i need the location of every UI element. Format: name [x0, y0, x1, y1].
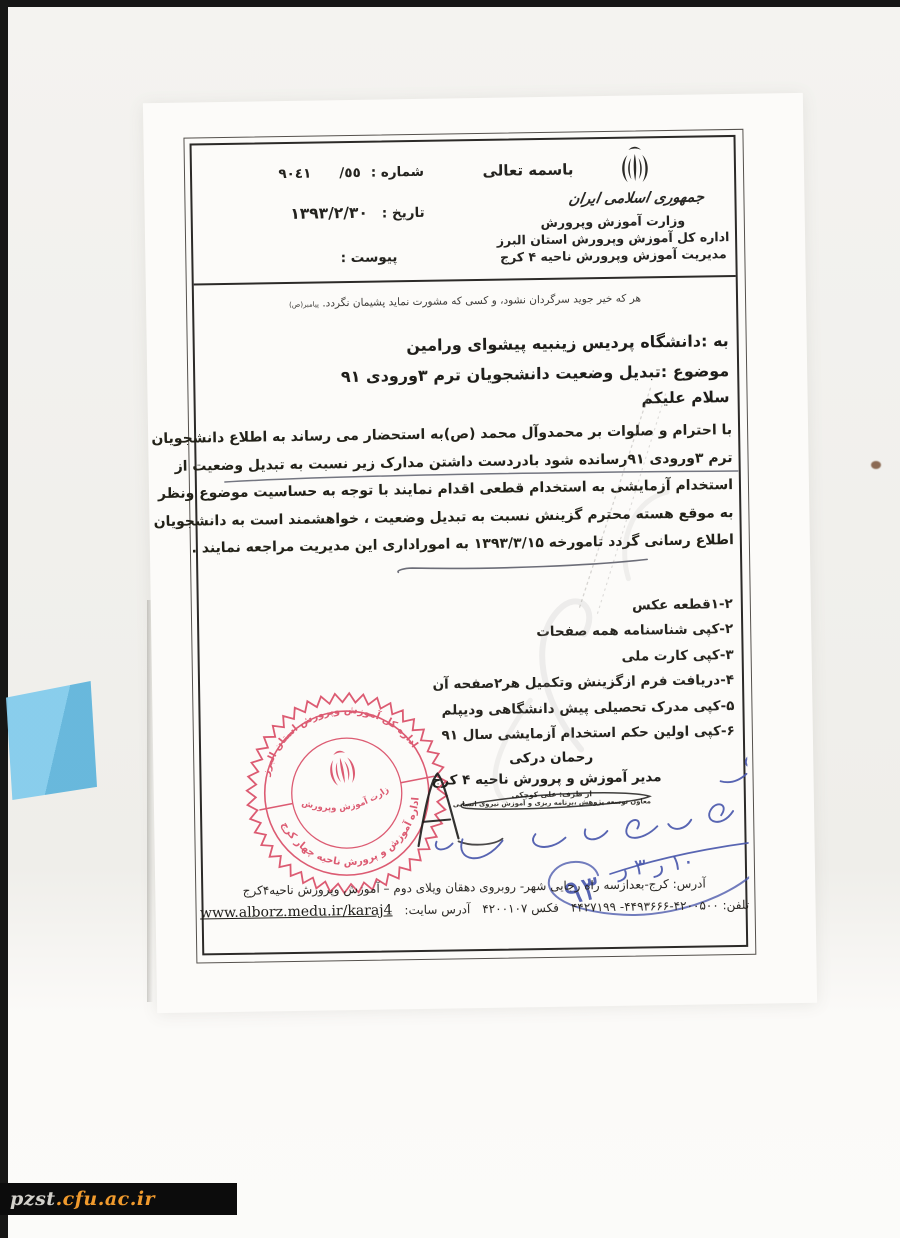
scan-left-edge [0, 0, 8, 1238]
footer-fax: فکس ۴۲۰۰۱۰۷ [482, 901, 559, 916]
number-row: شماره : ٥٥/ ٩٠٤١ [206, 164, 424, 183]
iran-emblem-icon [616, 142, 655, 191]
site-watermark: pzst.cfu.ac.ir [0, 1183, 237, 1215]
blue-tape-fragment [6, 681, 97, 800]
ministry-block: وزارت آموزش وپرورش اداره کل آموزش وپرورش… [483, 211, 744, 266]
watermark-prefix: pzst [10, 1188, 56, 1210]
letter-inner-frame: جمهوری اسلامی ایران وزارت آموزش وپرورش ا… [190, 135, 749, 955]
blue-handwritten-note: ۱۰ ر ۳ ر ۹۳ [194, 277, 750, 955]
date-value: ۱۳۹۳/۲/۳۰ [290, 204, 368, 223]
letter-body: هر که خیر جوید سرگردان نشود، و کسی که مش… [194, 277, 746, 953]
number-part2: ٩٠٤١ [278, 166, 311, 183]
country-name: جمهوری اسلامی ایران [545, 189, 728, 208]
attachment-label: پیوست : [341, 249, 398, 266]
scanned-letter-page: { "watermark": { "prefix": "pzst", "suff… [0, 0, 900, 1238]
date-row: تاریخ : ۱۳۹۳/۲/۳۰ [207, 203, 425, 224]
scan-top-band [0, 0, 900, 7]
number-label: شماره : [371, 164, 424, 181]
footer-phone: تلفن: ۴۲۰۰۵۰۰-۴۴۹۳۶۶۶- ۴۴۲۷۱۹۹ [571, 898, 749, 915]
watermark-suffix: .cfu.ac.ir [56, 1188, 156, 1210]
footer-website-url: www.alborz.medu.ir/karaj4 [200, 902, 393, 921]
ink-speck [871, 461, 881, 469]
letterhead: جمهوری اسلامی ایران وزارت آموزش وپرورش ا… [192, 137, 736, 285]
date-label: تاریخ : [382, 205, 425, 222]
number-part1: ٥٥/ [339, 165, 361, 181]
bismillah: باسمه تعالی [448, 160, 608, 181]
footer-site-label: آدرس سایت: [404, 902, 470, 917]
attachment-row: پیوست : [207, 246, 425, 268]
office-name: مدیریت آموزش وپرورش ناحیه ۴ کرج [483, 245, 743, 266]
letter-paper: جمهوری اسلامی ایران وزارت آموزش وپرورش ا… [143, 93, 817, 1013]
